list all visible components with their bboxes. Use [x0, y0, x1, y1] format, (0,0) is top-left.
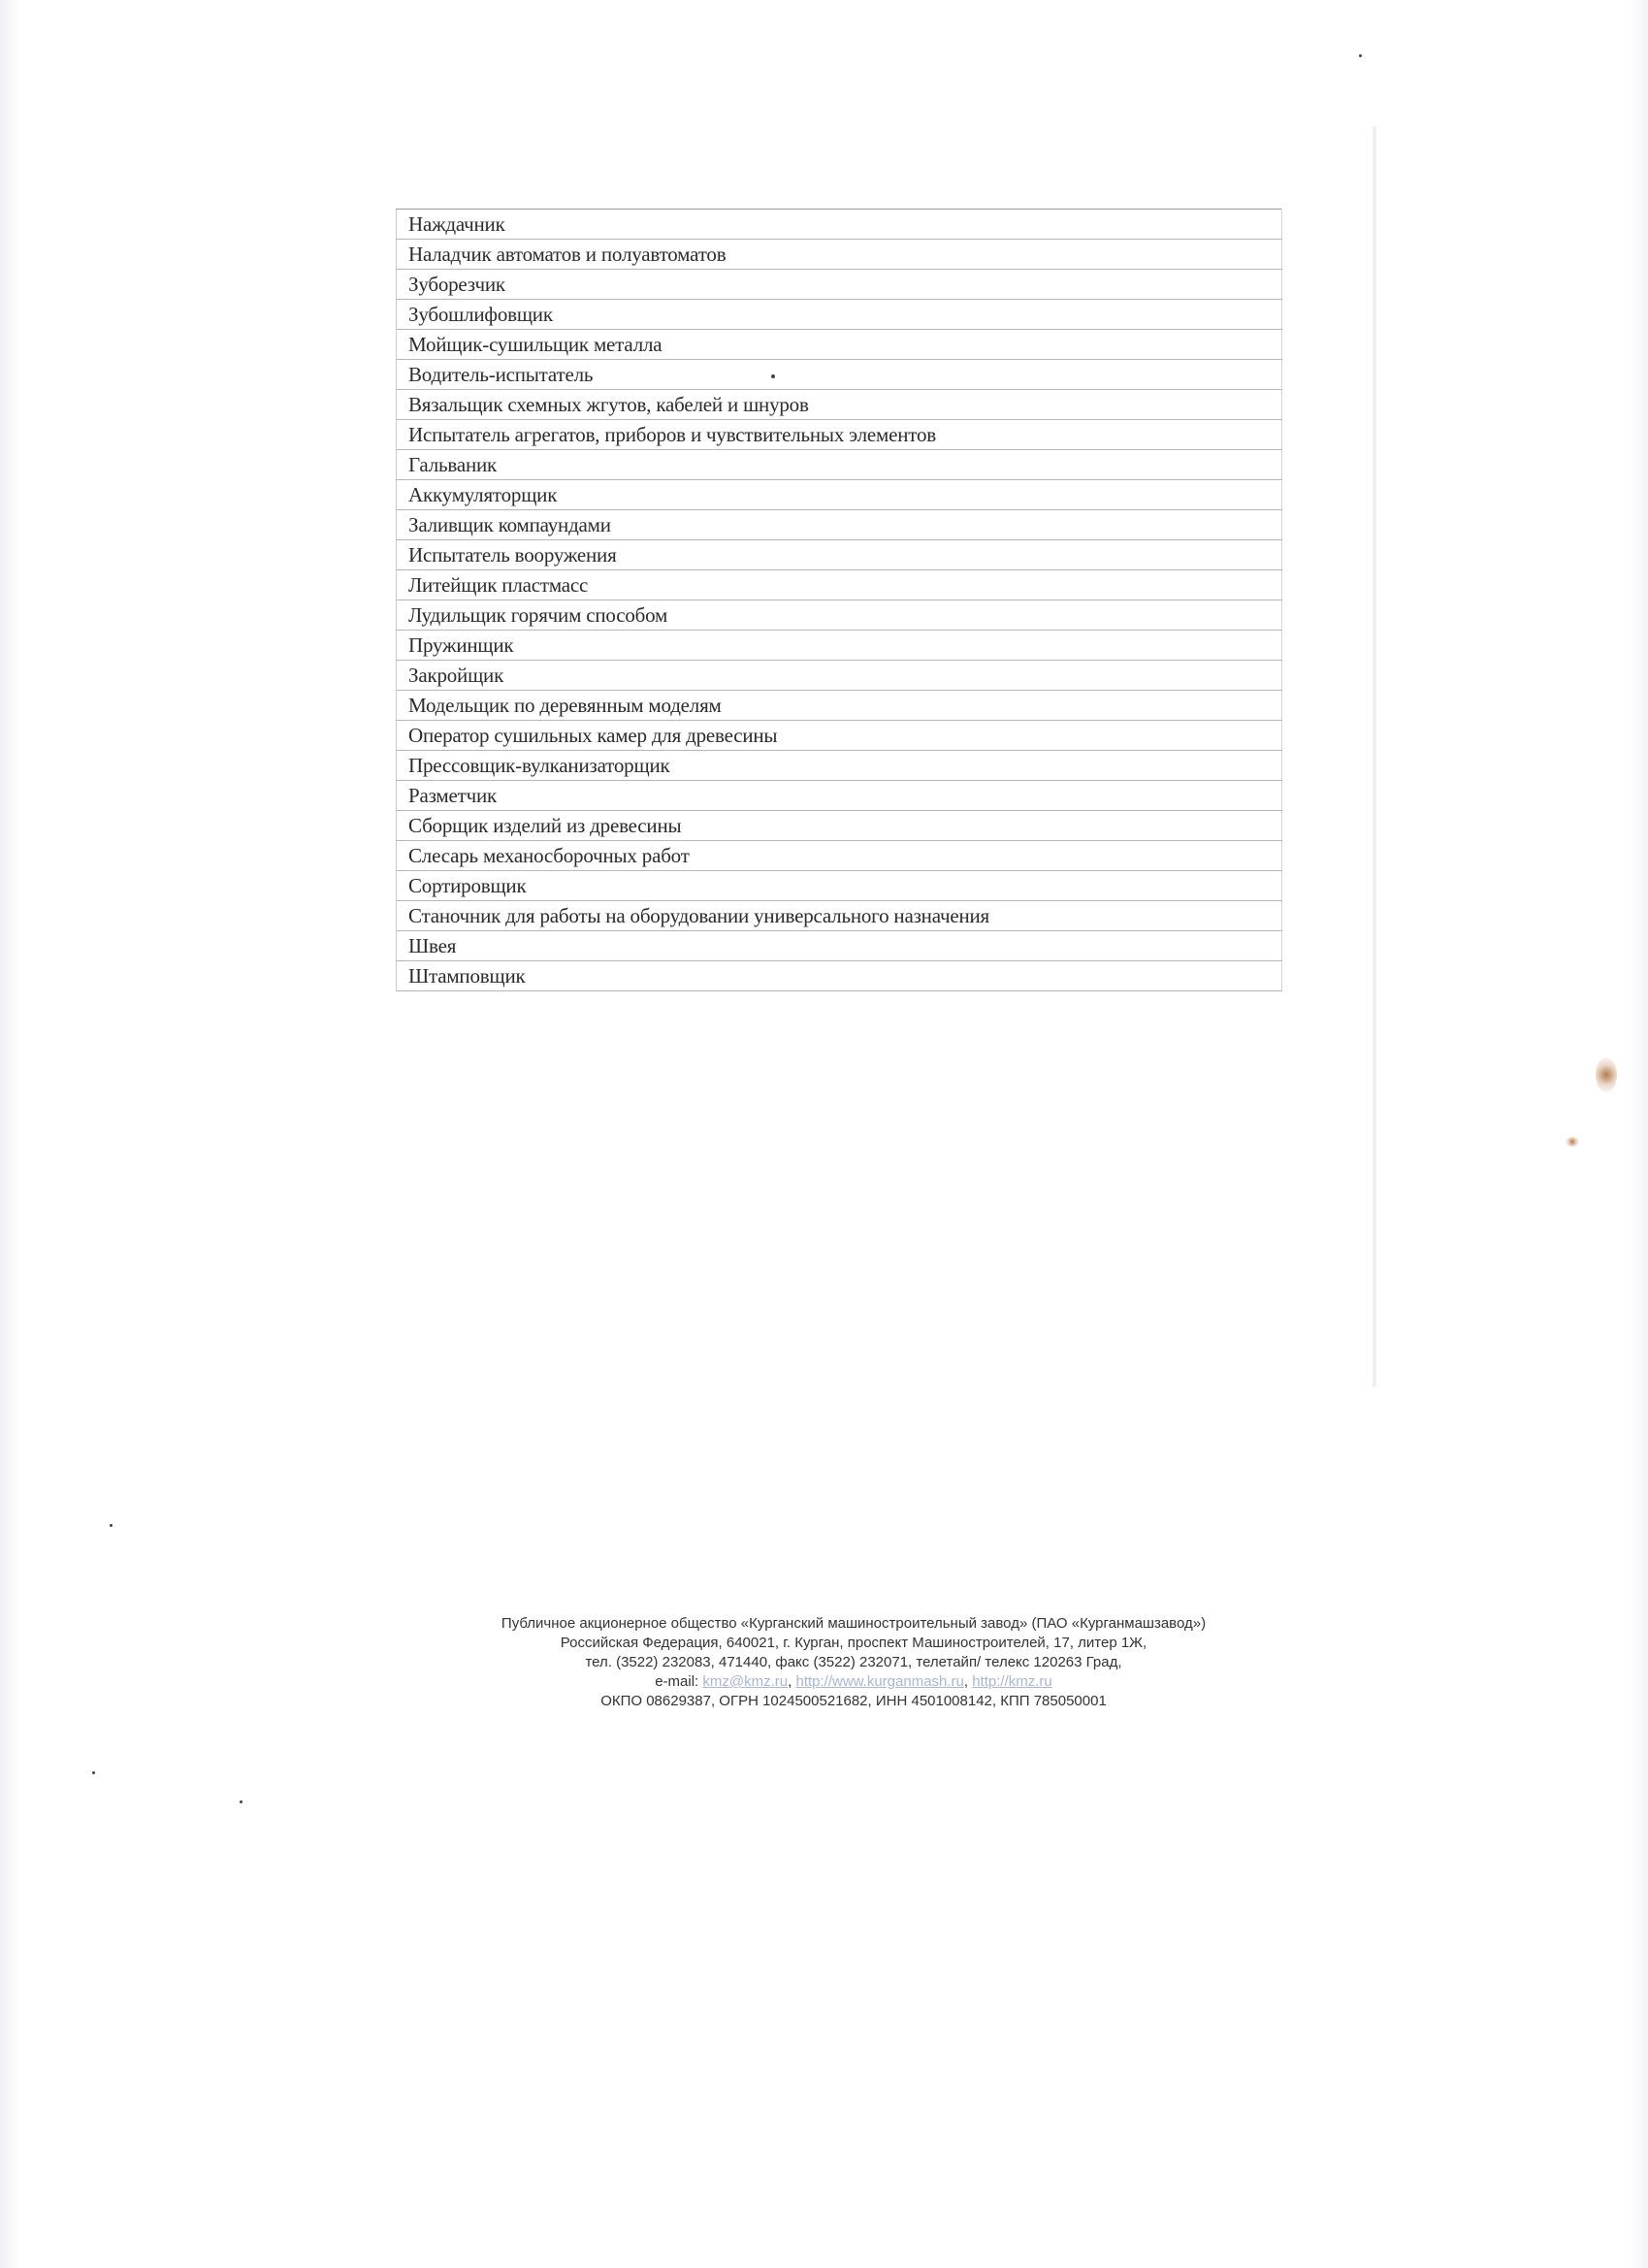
- footer-website-link-2[interactable]: http://kmz.ru: [972, 1673, 1052, 1690]
- table-row: Водитель-испытатель: [397, 360, 1282, 390]
- table-row: Сборщик изделий из древесины: [397, 811, 1282, 841]
- table-row: Закройщик: [397, 661, 1282, 691]
- scan-edge-left: [0, 0, 19, 2268]
- table-row: Наладчик автоматов и полуавтоматов: [397, 240, 1282, 270]
- job-title-cell: Закройщик: [397, 661, 1282, 691]
- job-title-cell: Слесарь механосборочных работ: [397, 841, 1282, 871]
- table-row: Лудильщик горячим способом: [397, 600, 1282, 631]
- job-title-cell: Литейщик пластмасс: [397, 570, 1282, 600]
- footer-contacts: e-mail: kmz@kmz.ru, http://www.kurganmas…: [369, 1672, 1339, 1692]
- job-title-cell: Гальваник: [397, 450, 1282, 480]
- table-row: Аккумуляторщик: [397, 480, 1282, 510]
- job-title-cell: Наждачник: [397, 210, 1282, 240]
- footer-email-link[interactable]: kmz@kmz.ru: [702, 1673, 788, 1690]
- table-row: Гальваник: [397, 450, 1282, 480]
- job-title-cell: Мойщик-сушильщик металла: [397, 330, 1282, 360]
- table-row: Пружинщик: [397, 631, 1282, 661]
- job-title-cell: Пружинщик: [397, 631, 1282, 661]
- job-title-cell: Прессовщик-вулканизаторщик: [397, 751, 1282, 781]
- scan-stain: [1566, 1137, 1579, 1147]
- table-row: Швея: [397, 931, 1282, 961]
- table-row: Станочник для работы на оборудовании уни…: [397, 901, 1282, 931]
- table-row: Модельщик по деревянным моделям: [397, 691, 1282, 721]
- scan-speck: [110, 1524, 113, 1527]
- table-row: Зуборезчик: [397, 270, 1282, 300]
- job-title-cell: Аккумуляторщик: [397, 480, 1282, 510]
- table-row: Слесарь механосборочных работ: [397, 841, 1282, 871]
- footer-phones: тел. (3522) 232083, 471440, факс (3522) …: [369, 1653, 1339, 1672]
- job-list-body: НаждачникНаладчик автоматов и полуавтома…: [397, 210, 1282, 991]
- table-row: Мойщик-сушильщик металла: [397, 330, 1282, 360]
- table-row: Вязальщик схемных жгутов, кабелей и шнур…: [397, 390, 1282, 420]
- scan-speck: [240, 1800, 242, 1803]
- job-title-cell: Швея: [397, 931, 1282, 961]
- table-row: Наждачник: [397, 210, 1282, 240]
- scan-stain: [1596, 1057, 1617, 1092]
- table-row: Испытатель вооружения: [397, 540, 1282, 570]
- job-title-cell: Станочник для работы на оборудовании уни…: [397, 901, 1282, 931]
- table-row: Прессовщик-вулканизаторщик: [397, 751, 1282, 781]
- job-title-cell: Зуборезчик: [397, 270, 1282, 300]
- job-title-cell: Водитель-испытатель: [397, 360, 1282, 390]
- job-title-cell: Сборщик изделий из древесины: [397, 811, 1282, 841]
- footer-company-name: Публичное акционерное общество «Курганск…: [369, 1614, 1339, 1634]
- table-row: Зубошлифовщик: [397, 300, 1282, 330]
- scan-speck: [92, 1771, 95, 1774]
- job-title-cell: Разметчик: [397, 781, 1282, 811]
- job-title-cell: Оператор сушильных камер для древесины: [397, 721, 1282, 751]
- job-title-cell: Испытатель агрегатов, приборов и чувстви…: [397, 420, 1282, 450]
- footer-registry-codes: ОКПО 08629387, ОГРН 1024500521682, ИНН 4…: [369, 1692, 1339, 1711]
- job-title-cell: Вязальщик схемных жгутов, кабелей и шнур…: [397, 390, 1282, 420]
- job-title-cell: Испытатель вооружения: [397, 540, 1282, 570]
- job-title-cell: Наладчик автоматов и полуавтоматов: [397, 240, 1282, 270]
- footer-website-link[interactable]: http://www.kurganmash.ru: [795, 1673, 963, 1690]
- job-title-cell: Лудильщик горячим способом: [397, 600, 1282, 631]
- job-title-cell: Зубошлифовщик: [397, 300, 1282, 330]
- table-row: Разметчик: [397, 781, 1282, 811]
- job-title-cell: Заливщик компаундами: [397, 510, 1282, 540]
- table-row: Литейщик пластмасс: [397, 570, 1282, 600]
- scan-speck: [1359, 54, 1362, 57]
- footer-separator: ,: [964, 1673, 972, 1690]
- table-row: Сортировщик: [397, 871, 1282, 901]
- job-title-cell: Штамповщик: [397, 961, 1282, 991]
- table-row: Заливщик компаундами: [397, 510, 1282, 540]
- job-title-cell: Модельщик по деревянным моделям: [397, 691, 1282, 721]
- scan-shadow: [1373, 126, 1376, 1387]
- footer-address: Российская Федерация, 640021, г. Курган,…: [369, 1634, 1339, 1653]
- job-list-table: НаждачникНаладчик автоматов и полуавтома…: [396, 209, 1282, 991]
- scan-edge-right: [1629, 0, 1648, 2268]
- table-row: Штамповщик: [397, 961, 1282, 991]
- footer-email-label: e-mail:: [655, 1673, 702, 1690]
- table-row: Испытатель агрегатов, приборов и чувстви…: [397, 420, 1282, 450]
- table-row: Оператор сушильных камер для древесины: [397, 721, 1282, 751]
- company-footer: Публичное акционерное общество «Курганск…: [369, 1614, 1339, 1711]
- job-title-cell: Сортировщик: [397, 871, 1282, 901]
